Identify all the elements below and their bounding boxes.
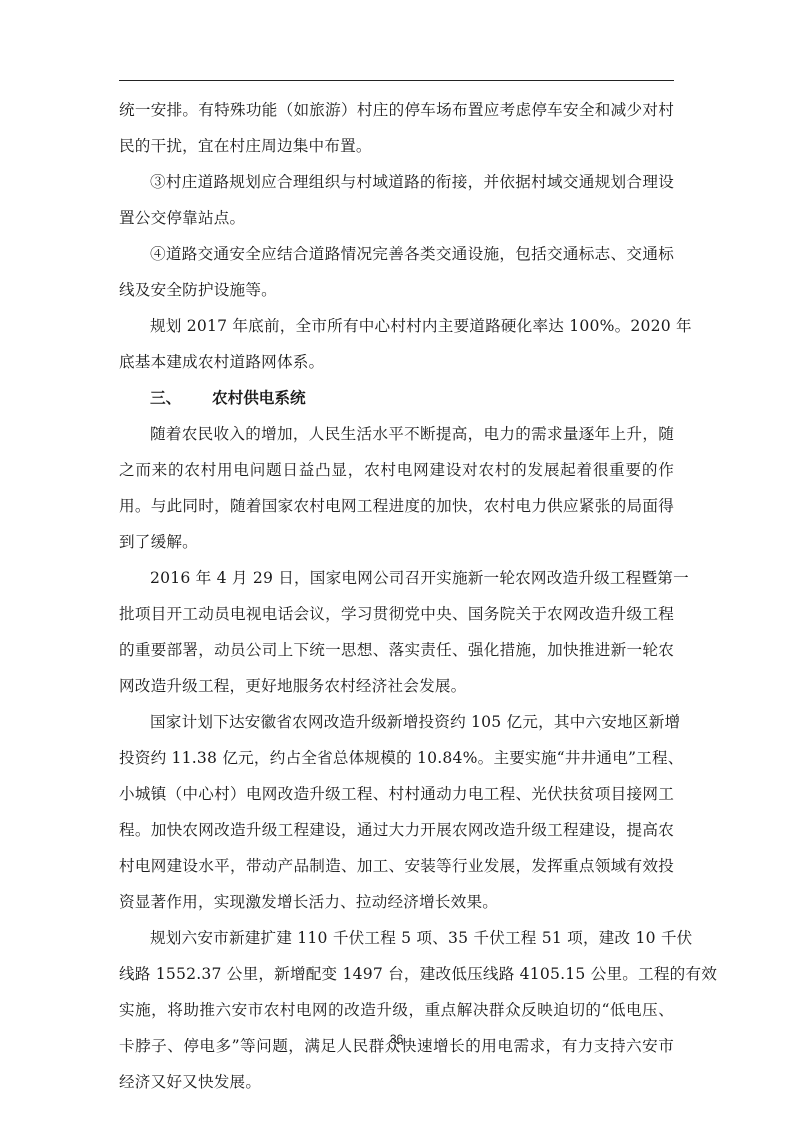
text-line: 规划六安市新建扩建 110 千伏工程 5 项、35 千伏工程 51 项，建改 1… [119, 920, 674, 956]
text-line: 线路 1552.37 公里，新增配变 1497 台，建改低压线路 4105.15… [119, 956, 674, 992]
text-line: 经济又好又快发展。 [119, 1064, 674, 1100]
text-line: 的重要部署，动员公司上下统一思想、落实责任、强化措施，加快推进新一轮农 [119, 632, 674, 668]
paragraph-investment: 国家计划下达安徽省农网改造升级新增投资约 105 亿元，其中六安地区新增 投资约… [119, 704, 674, 920]
section-title: 农村供电系统 [212, 389, 306, 407]
text-line: 2016 年 4 月 29 日，国家电网公司召开实施新一轮农网改造升级工程暨第一 [119, 560, 674, 596]
paragraph-luan-plan: 规划六安市新建扩建 110 千伏工程 5 项、35 千伏工程 51 项，建改 1… [119, 920, 674, 1100]
text-line: 之而来的农村用电问题日益凸显，农村电网建设对农村的发展起着很重要的作 [119, 452, 674, 488]
paragraph-road-plan: 规划 2017 年底前，全市所有中心村村内主要道路硬化率达 100%。2020 … [119, 308, 674, 380]
section-number: 三、 [150, 380, 212, 416]
page-number: 36 [0, 1032, 793, 1046]
text-line: 规划 2017 年底前，全市所有中心村村内主要道路硬化率达 100%。2020 … [119, 308, 674, 344]
text-line: 实施，将助推六安市农村电网的改造升级，重点解决群众反映迫切的“低电压、 [119, 992, 674, 1028]
text-line: 小城镇（中心村）电网改造升级工程、村村通动力电工程、光伏扶贫项目接网工 [119, 776, 674, 812]
text-line: 线及安全防护设施等。 [119, 272, 674, 308]
text-line: 用。与此同时，随着国家农村电网工程进度的加快，农村电力供应紧张的局面得 [119, 488, 674, 524]
text-line: 置公交停靠站点。 [119, 200, 674, 236]
section-heading: 三、农村供电系统 [119, 380, 674, 416]
text-line: 村电网建设水平，带动产品制造、加工、安装等行业发展，发挥重点领域有效投 [119, 848, 674, 884]
text-line: 资显著作用，实现激发增长活力、拉动经济增长效果。 [119, 884, 674, 920]
paragraph-state-grid-meeting: 2016 年 4 月 29 日，国家电网公司召开实施新一轮农网改造升级工程暨第一… [119, 560, 674, 704]
paragraph-parking: 统一安排。有特殊功能（如旅游）村庄的停车场布置应考虑停车安全和减少对村 民的干扰… [119, 92, 674, 164]
text-line: 民的干扰，宜在村庄周边集中布置。 [119, 128, 674, 164]
text-line: ④道路交通安全应结合道路情况完善各类交通设施，包括交通标志、交通标 [119, 236, 674, 272]
text-line: 网改造升级工程，更好地服务农村经济社会发展。 [119, 668, 674, 704]
paragraph-power-demand: 随着农民收入的增加，人民生活水平不断提高，电力的需求量逐年上升，随 之而来的农村… [119, 416, 674, 560]
page-body: 统一安排。有特殊功能（如旅游）村庄的停车场布置应考虑停车安全和减少对村 民的干扰… [119, 92, 674, 1100]
text-line: 投资约 11.38 亿元，约占全省总体规模的 10.84%。主要实施“井井通电”… [119, 740, 674, 776]
text-line: 到了缓解。 [119, 524, 674, 560]
text-line: ③村庄道路规划应合理组织与村域道路的衔接，并依据村域交通规划合理设 [119, 164, 674, 200]
text-line: 程。加快农网改造升级工程建设，通过大力开展农网改造升级工程建设，提高农 [119, 812, 674, 848]
text-line: 国家计划下达安徽省农网改造升级新增投资约 105 亿元，其中六安地区新增 [119, 704, 674, 740]
header-rule [119, 80, 674, 81]
text-line: 统一安排。有特殊功能（如旅游）村庄的停车场布置应考虑停车安全和减少对村 [119, 92, 674, 128]
paragraph-item-3: ③村庄道路规划应合理组织与村域道路的衔接，并依据村域交通规划合理设 置公交停靠站… [119, 164, 674, 236]
text-line: 底基本建成农村道路网体系。 [119, 344, 674, 380]
paragraph-item-4: ④道路交通安全应结合道路情况完善各类交通设施，包括交通标志、交通标 线及安全防护… [119, 236, 674, 308]
text-line: 批项目开工动员电视电话会议，学习贯彻党中央、国务院关于农网改造升级工程 [119, 596, 674, 632]
text-line: 随着农民收入的增加，人民生活水平不断提高，电力的需求量逐年上升，随 [119, 416, 674, 452]
